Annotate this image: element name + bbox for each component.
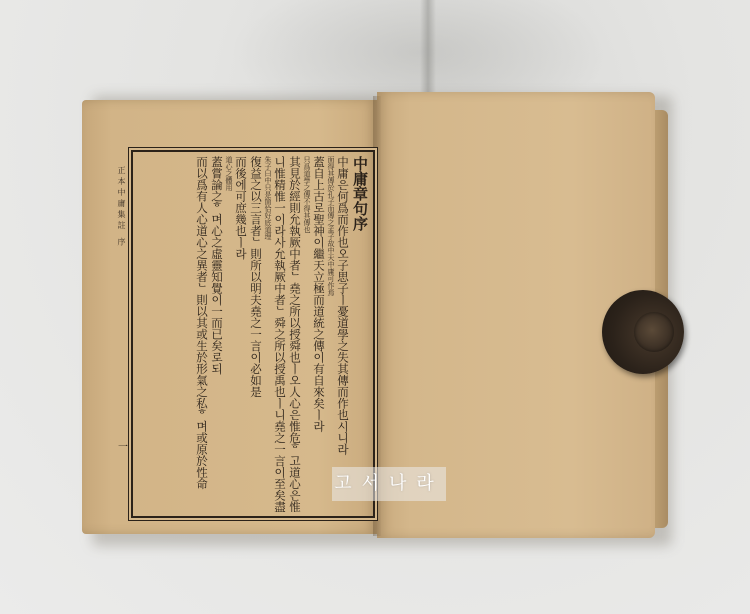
book-clasp: [602, 290, 684, 374]
text-column: 而以爲有人心道心之異者ᄂ則以其或生於形氣之私ᄒ며或原於性命: [195, 156, 209, 512]
watermark: 고서나라: [332, 467, 446, 501]
text-column: 蓋嘗論之ᄒ며心之虛靈知覺이一而已矣로되: [210, 156, 224, 512]
annotation-column: 只爲道學之傳不得其傳也: [303, 156, 311, 512]
text-column: 中庸은何爲而作也오子思子ㅣ憂道學之失其傳而作也시니라: [336, 156, 350, 512]
annotation-column: 朱子曰中只是箇恰好底道理: [264, 156, 272, 512]
text-column: 復益之以三言者ᄂ則所以明夫堯之一言이必如是: [249, 156, 263, 512]
text-column: 其見於經則允執厥中者ᄂ堯之所以授舜也ㅣ오人心은惟危ᄒ고道心은惟微ᄒ: [288, 156, 302, 512]
text-column: 而後에可庶幾也ㅣ라: [234, 156, 248, 512]
page-title: 中庸章句序: [351, 156, 369, 512]
text-frame: 中庸章句序 中庸은何爲而作也오子思子ㅣ憂道學之失其傳而作也시니라 面得其傳於孔子…: [131, 150, 375, 518]
annotation-column: 面得其傳於孔子而傳之孟子故中天中庸可作焉: [327, 156, 335, 512]
page-number: 一: [118, 438, 128, 453]
clasp-knob: [634, 312, 674, 352]
text-columns: 中庸章句序 中庸은何爲而作也오子思子ㅣ憂道學之失其傳而作也시니라 面得其傳於孔子…: [137, 156, 369, 512]
text-column: 蓋自上古로聖神이繼天立極而道統之傳이有自來矣ㅣ라: [312, 156, 326, 512]
margin-label: 正本中庸集註 序: [116, 166, 127, 249]
text-column: 니惟精惟一이라사允執厥中者ᄂ舜之所以授禹也ㅣ니堯之一言이至矣盡矣而舜이: [273, 156, 287, 512]
annotation-column: 道心之體用: [225, 156, 233, 512]
